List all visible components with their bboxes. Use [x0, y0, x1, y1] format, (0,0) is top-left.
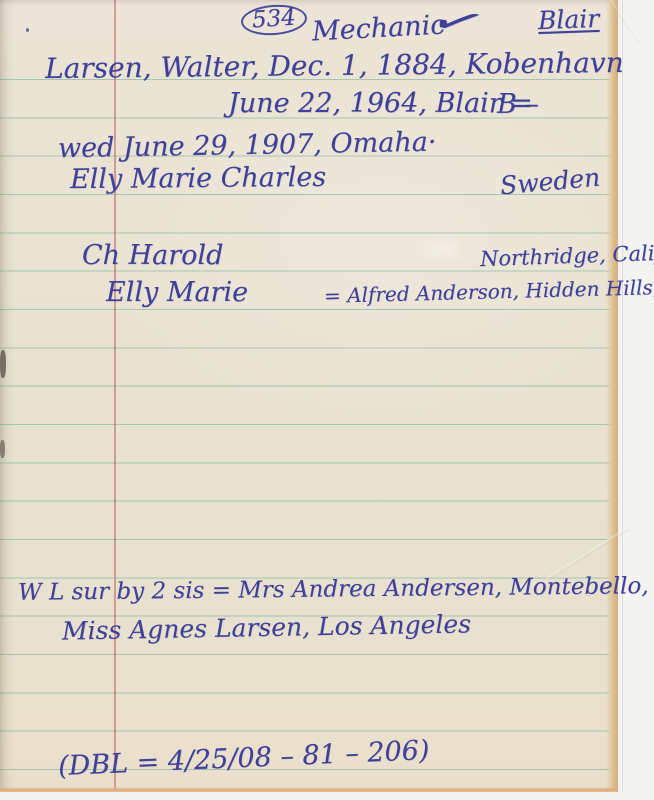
ink-speck	[26, 28, 29, 32]
red-margin-line	[114, 0, 116, 790]
page-bottom-edge	[0, 787, 618, 792]
death-code: B –	[497, 91, 539, 119]
child-entry-2: Elly Marie	[106, 279, 248, 307]
page-right-edge	[606, 0, 618, 792]
scanned-ledger-page: 534 Mechanic ✓ Blair Larsen, Walter, Dec…	[0, 0, 654, 800]
notebook-page: 534 Mechanic ✓ Blair Larsen, Walter, Dec…	[0, 0, 618, 792]
name-birth-line: Larsen, Walter, Dec. 1, 1884, Kobenhavn	[45, 48, 624, 83]
town-label: Blair	[538, 6, 600, 34]
edge-smudge	[0, 440, 5, 458]
paper-blotch	[418, 232, 470, 266]
marriage-line: wed June 29, 1907, Omaha·	[58, 129, 437, 164]
child-entry-1: Ch Harold	[82, 242, 223, 270]
checkmark-icon: ✓	[424, 0, 481, 45]
child-1-residence: Northridge, Calif	[480, 242, 654, 270]
death-line: June 22, 1964, Blair =	[228, 90, 533, 118]
spouse-name: Elly Marie Charles	[70, 164, 326, 195]
edge-smudge	[0, 350, 6, 378]
record-number-circled: 534	[240, 3, 308, 38]
scanner-edge-line	[622, 0, 623, 792]
